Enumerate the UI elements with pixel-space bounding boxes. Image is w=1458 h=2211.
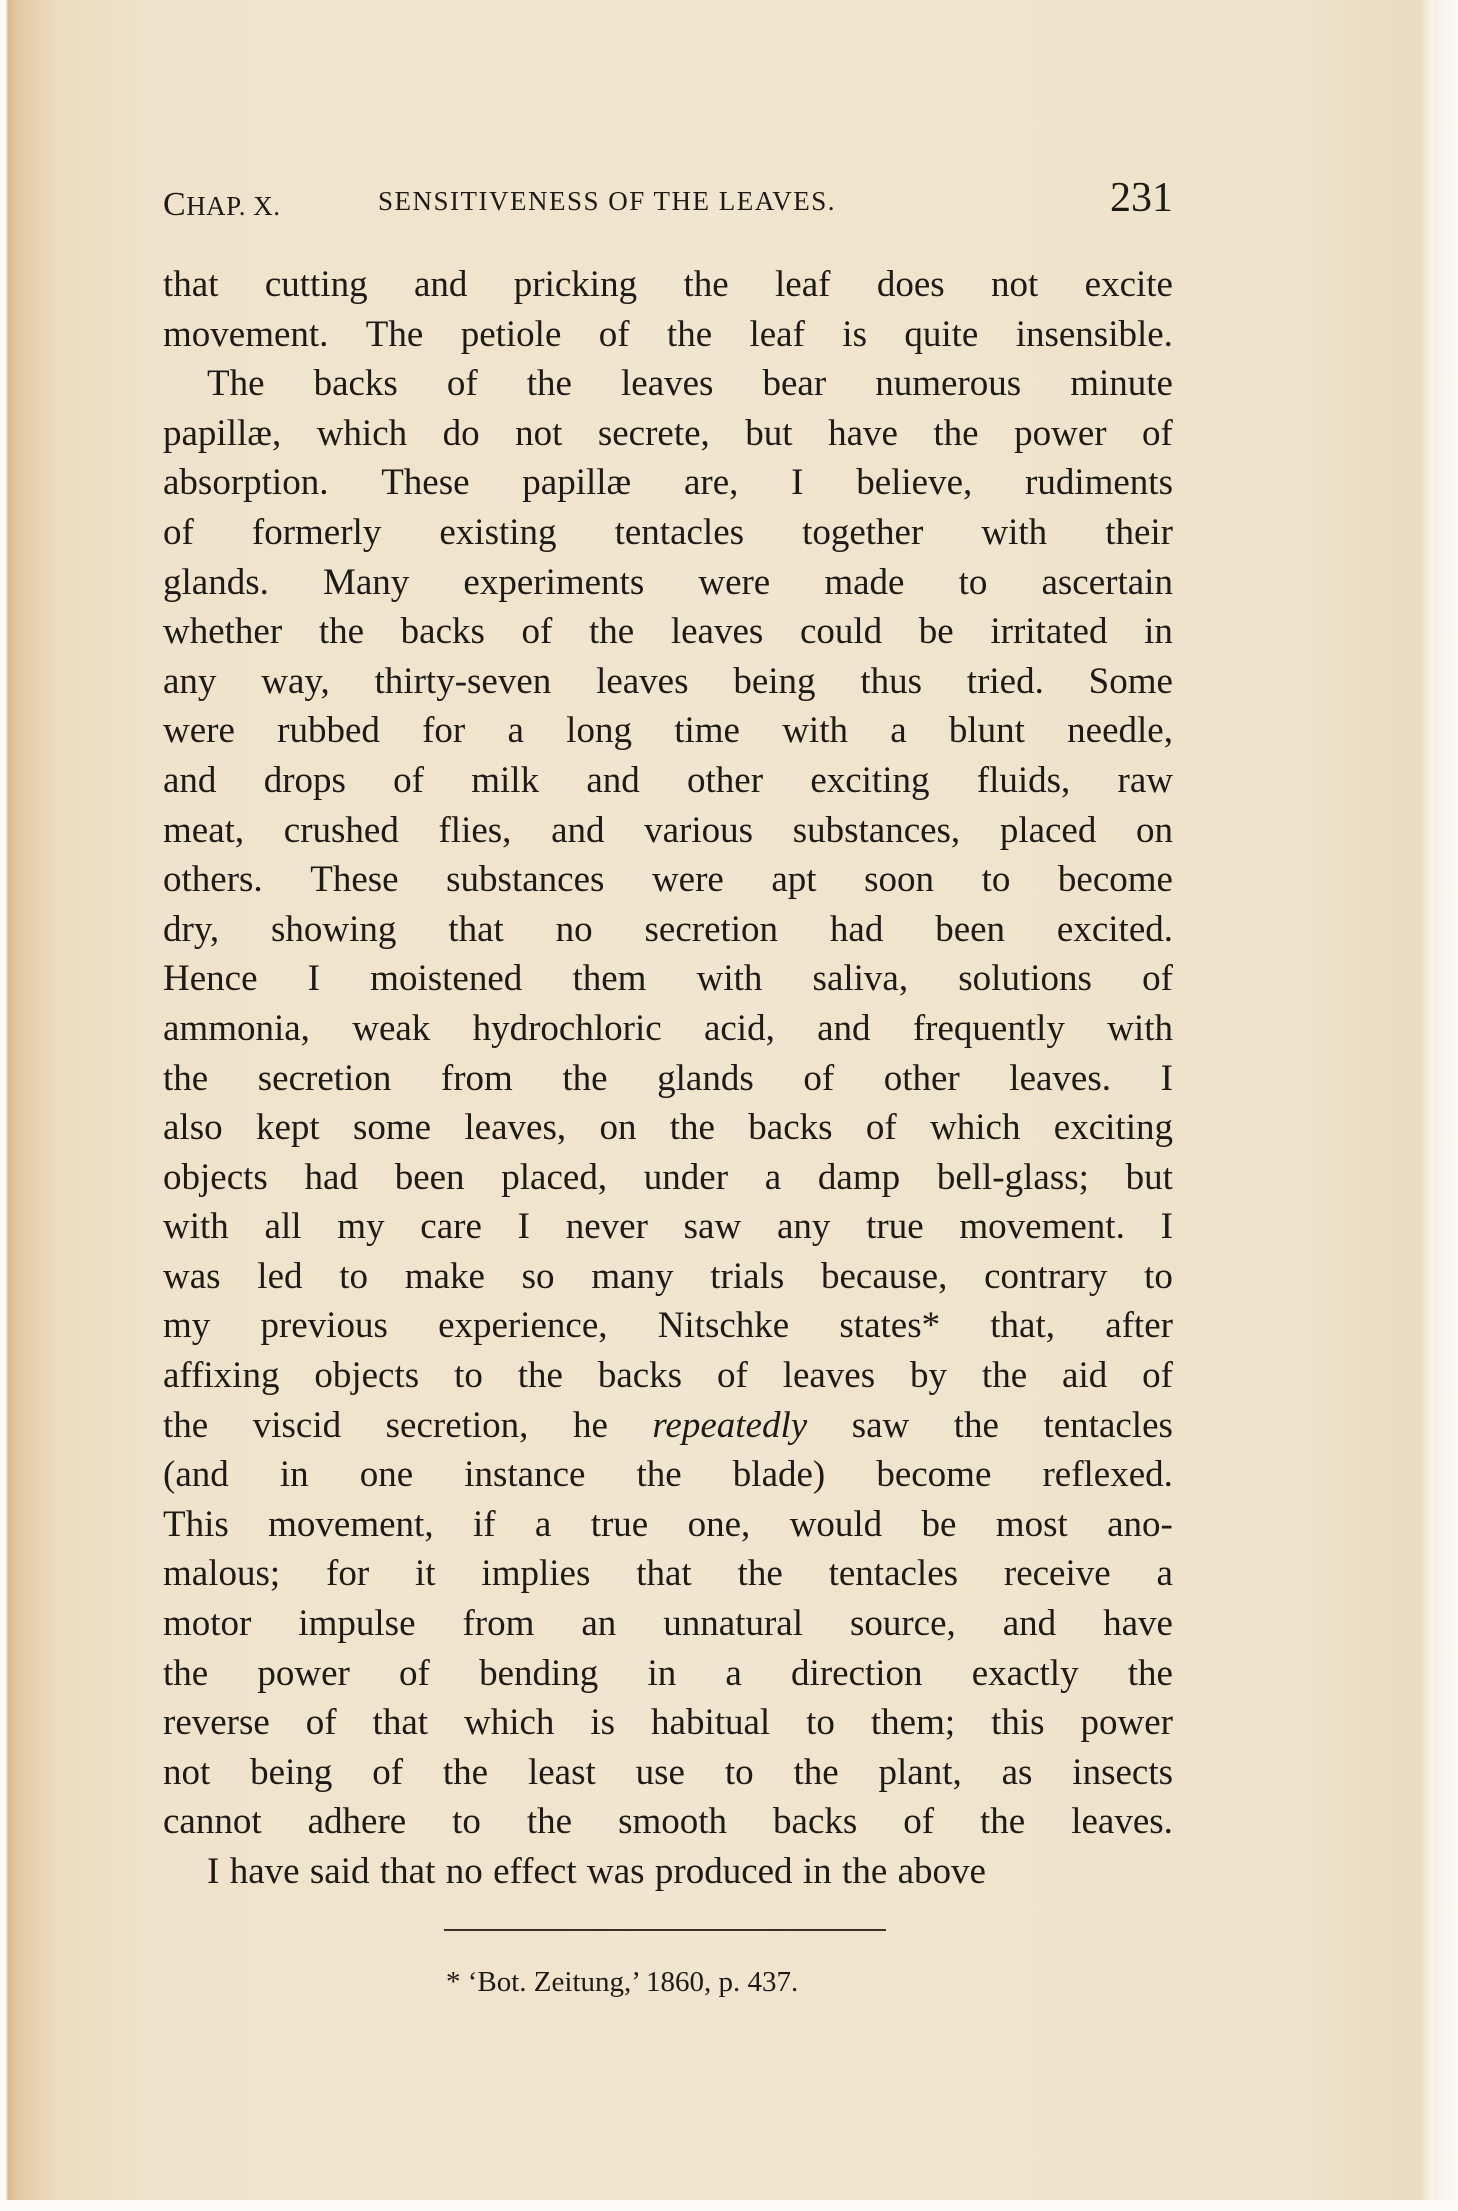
word: my — [163, 1301, 210, 1351]
word: reflexed. — [1042, 1450, 1172, 1500]
text-line: withallmycareIneversawanytruemovement.I — [163, 1202, 1173, 1252]
chapter-label: CHAP. X. — [163, 186, 280, 224]
word: produced — [655, 1847, 793, 1897]
word: receive — [1004, 1549, 1111, 1599]
word: so — [522, 1252, 555, 1302]
word: I — [207, 1847, 219, 1897]
word: never — [566, 1202, 648, 1252]
text-line: theviscidsecretion,herepeatedlysawtheten… — [163, 1401, 1173, 1451]
word: malous; — [163, 1549, 280, 1599]
word: with — [1107, 1004, 1173, 1054]
word: leaf — [749, 310, 804, 360]
word: (and — [163, 1450, 229, 1500]
word: least — [528, 1748, 596, 1798]
word: substances, — [793, 806, 961, 856]
word: and — [817, 1004, 870, 1054]
text-line: glands.Manyexperimentsweremadetoascertai… — [163, 558, 1173, 608]
word: other — [884, 1054, 960, 1104]
word: acid, — [704, 1004, 775, 1054]
word: raw — [1118, 756, 1173, 806]
word: an — [581, 1599, 616, 1649]
word: that — [380, 1847, 435, 1897]
text-line: others.Thesesubstanceswereaptsoontobecom… — [163, 855, 1173, 905]
word: I — [1161, 1054, 1173, 1104]
word: the — [163, 1649, 208, 1699]
word: various — [644, 806, 753, 856]
word: make — [405, 1252, 485, 1302]
text-line: anddropsofmilkandotherexcitingfluids,raw — [163, 756, 1173, 806]
word: ammonia, — [163, 1004, 310, 1054]
word: kept — [256, 1103, 320, 1153]
word: the — [443, 1748, 488, 1798]
word: to — [959, 558, 988, 608]
word: in — [647, 1649, 676, 1699]
word: and — [586, 756, 639, 806]
word: secrete, — [598, 409, 710, 459]
word: that, — [990, 1301, 1055, 1351]
running-title: SENSITIVENESS OF THE LEAVES. — [378, 186, 836, 217]
text-line: notbeingoftheleastusetotheplant,asinsect… — [163, 1748, 1173, 1798]
word: soon — [864, 855, 934, 905]
word: together — [802, 508, 923, 558]
word: the — [842, 1847, 887, 1897]
text-line: mypreviousexperience,Nitschkestates*that… — [163, 1301, 1173, 1351]
word: the — [793, 1748, 838, 1798]
word: in — [280, 1450, 309, 1500]
word: adhere — [308, 1797, 407, 1847]
word: a — [890, 706, 906, 756]
word: previous — [260, 1301, 387, 1351]
word: unnatural — [663, 1599, 803, 1649]
word: cutting — [265, 260, 368, 310]
word: placed, — [501, 1153, 607, 1203]
word: the — [637, 1450, 682, 1500]
word: leaves — [671, 607, 763, 657]
word: objects — [163, 1153, 268, 1203]
word: because, — [821, 1252, 947, 1302]
body-text: thatcuttingandprickingtheleafdoesnotexci… — [163, 260, 1173, 1897]
word: to — [452, 1797, 481, 1847]
word: also — [163, 1103, 223, 1153]
word: with — [697, 954, 763, 1004]
word: to — [725, 1748, 754, 1798]
word: many — [591, 1252, 673, 1302]
word: backs — [773, 1797, 857, 1847]
word: rubbed — [277, 706, 380, 756]
word: irritated — [990, 607, 1107, 657]
word: secretion — [645, 905, 779, 955]
word: direction — [791, 1649, 923, 1699]
word: excite — [1085, 260, 1173, 310]
word: experience, — [438, 1301, 607, 1351]
word: ascertain — [1041, 558, 1172, 608]
word: papillæ — [522, 458, 631, 508]
text-line: Thismovement,ifatrueone,wouldbemostano- — [163, 1500, 1173, 1550]
scan-bottom-edge — [0, 2200, 1458, 2211]
word: of — [1142, 409, 1173, 459]
text-line: cannotadheretothesmoothbacksoftheleaves. — [163, 1797, 1173, 1847]
word: tentacles — [1043, 1401, 1172, 1451]
word: crushed — [284, 806, 399, 856]
word: being — [250, 1748, 332, 1798]
word: to — [339, 1252, 368, 1302]
word: all — [265, 1202, 302, 1252]
word: one — [360, 1450, 413, 1500]
word: could — [800, 607, 882, 657]
word: of — [393, 756, 424, 806]
word: hydrochloric — [473, 1004, 662, 1054]
text-line: offormerlyexistingtentaclestogetherwitht… — [163, 508, 1173, 558]
text-line: thesecretionfromtheglandsofotherleaves.I — [163, 1054, 1173, 1104]
word: leaves. — [1009, 1054, 1111, 1104]
word: exciting — [810, 756, 929, 806]
word: was — [587, 1847, 645, 1897]
text-line: motorimpulsefromanunnaturalsource,andhav… — [163, 1599, 1173, 1649]
word: said — [310, 1847, 370, 1897]
word: the — [319, 607, 364, 657]
word: Nitschke — [658, 1301, 790, 1351]
word: states* — [839, 1301, 940, 1351]
word: but — [745, 409, 792, 459]
word: long — [566, 706, 632, 756]
word: been — [395, 1153, 465, 1203]
word: have — [230, 1847, 300, 1897]
word: movement. — [959, 1202, 1124, 1252]
text-line: (andinoneinstancetheblade)becomereflexed… — [163, 1450, 1173, 1500]
word: saw — [684, 1202, 742, 1252]
word: any — [163, 657, 216, 707]
word: them — [572, 954, 646, 1004]
word: secretion — [258, 1054, 392, 1104]
word: whether — [163, 607, 282, 657]
word: my — [337, 1202, 384, 1252]
word: from — [462, 1599, 534, 1649]
word: true — [591, 1500, 649, 1550]
word: is — [590, 1698, 615, 1748]
word: it — [415, 1549, 436, 1599]
word: I — [791, 458, 803, 508]
word: the — [667, 310, 712, 360]
scanned-book-page: CHAP. X. SENSITIVENESS OF THE LEAVES. 23… — [0, 0, 1458, 2211]
word: as — [1002, 1748, 1033, 1798]
word: for — [326, 1549, 369, 1599]
word: backs — [314, 359, 398, 409]
word: to — [982, 855, 1011, 905]
word: of — [399, 1649, 430, 1699]
word: Many — [323, 558, 409, 608]
word: insects — [1072, 1748, 1173, 1798]
word: meat, — [163, 806, 244, 856]
word: leaves — [621, 359, 713, 409]
word: was — [163, 1252, 221, 1302]
word: The — [207, 359, 265, 409]
word: and — [163, 756, 216, 806]
word: plant, — [879, 1748, 962, 1798]
word: a — [725, 1649, 741, 1699]
word: dry, — [163, 905, 219, 955]
word: of — [163, 508, 194, 558]
word: which — [930, 1103, 1020, 1153]
text-line: HenceImoistenedthemwithsaliva,solutionso… — [163, 954, 1173, 1004]
word: of — [866, 1103, 897, 1153]
word: he — [573, 1401, 608, 1451]
word: secretion, — [386, 1401, 529, 1451]
word: leaves — [596, 657, 688, 707]
word: fluids, — [977, 756, 1071, 806]
word: impulse — [298, 1599, 415, 1649]
word: exciting — [1054, 1103, 1173, 1153]
word: instance — [464, 1450, 585, 1500]
word: power — [1014, 409, 1106, 459]
word: glands. — [163, 558, 269, 608]
chapter-label-initial: C — [163, 186, 186, 223]
word: not — [991, 260, 1038, 310]
text-line: anyway,thirty-sevenleavesbeingthustried.… — [163, 657, 1173, 707]
word: in — [803, 1847, 832, 1897]
word: saliva, — [813, 954, 909, 1004]
word: time — [674, 706, 740, 756]
word: damp — [818, 1153, 900, 1203]
word: use — [636, 1748, 685, 1798]
word: were — [163, 706, 235, 756]
word: from — [441, 1054, 513, 1104]
text-line: alsokeptsomeleaves,onthebacksofwhichexci… — [163, 1103, 1173, 1153]
word: leaf — [775, 260, 830, 310]
word: needle, — [1067, 706, 1173, 756]
word: been — [935, 905, 1005, 955]
word: objects — [314, 1351, 419, 1401]
word: believe, — [856, 458, 972, 508]
word: to — [1144, 1252, 1173, 1302]
word: true — [866, 1202, 924, 1252]
word: bending — [479, 1649, 598, 1699]
word: thus — [860, 657, 922, 707]
word: under — [644, 1153, 728, 1203]
word: rudiments — [1025, 458, 1173, 508]
word: have — [828, 409, 898, 459]
text-line: objectshadbeenplaced,underadampbell-glas… — [163, 1153, 1173, 1203]
word: on — [599, 1103, 636, 1153]
page-header: CHAP. X. SENSITIVENESS OF THE LEAVES. 23… — [163, 172, 1173, 222]
word: of — [717, 1351, 748, 1401]
word: glands — [657, 1054, 754, 1104]
page-number: 231 — [1110, 174, 1173, 222]
word: become — [1058, 855, 1173, 905]
word: insensible. — [1016, 310, 1173, 360]
word: a — [508, 706, 524, 756]
word: placed — [1000, 806, 1097, 856]
word: numerous — [875, 359, 1021, 409]
text-line: thatcuttingandprickingtheleafdoesnotexci… — [163, 260, 1173, 310]
word: of — [803, 1054, 834, 1104]
word: existing — [439, 508, 556, 558]
word: backs — [401, 607, 485, 657]
word: have — [1103, 1599, 1173, 1649]
word: the — [163, 1054, 208, 1104]
word: bear — [763, 359, 827, 409]
word: no — [446, 1847, 483, 1897]
word: and — [551, 806, 604, 856]
word: leaves, — [464, 1103, 566, 1153]
word: with — [782, 706, 848, 756]
word: repeatedly — [652, 1401, 807, 1451]
word: milk — [471, 756, 539, 806]
word: is — [842, 310, 867, 360]
text-line: meat,crushedflies,andvarioussubstances,p… — [163, 806, 1173, 856]
word: saw — [852, 1401, 910, 1451]
word: the — [518, 1351, 563, 1401]
word: in — [1144, 607, 1173, 657]
word: These — [381, 458, 469, 508]
word: blunt — [949, 706, 1025, 756]
word: does — [877, 260, 945, 310]
word: formerly — [252, 508, 381, 558]
word: them; — [871, 1698, 955, 1748]
word: the — [933, 409, 978, 459]
word: Some — [1089, 657, 1173, 707]
word: Hence — [163, 954, 258, 1004]
text-line: Ihavesaidthatnoeffectwasproducedintheabo… — [163, 1847, 1173, 1897]
word: be — [922, 1500, 957, 1550]
word: one, — [688, 1500, 751, 1550]
word: I — [518, 1202, 530, 1252]
word: habitual — [651, 1698, 770, 1748]
word: made — [824, 558, 904, 608]
word: of — [522, 607, 553, 657]
word: and — [1003, 1599, 1056, 1649]
word: of — [447, 359, 478, 409]
word: leaves — [783, 1351, 875, 1401]
word: no — [556, 905, 593, 955]
word: care — [420, 1202, 482, 1252]
word: moistened — [370, 954, 522, 1004]
word: weak — [352, 1004, 430, 1054]
word: the — [982, 1351, 1027, 1401]
word: minute — [1070, 359, 1173, 409]
word: if — [473, 1500, 496, 1550]
word: petiole — [461, 310, 562, 360]
word: a — [535, 1500, 551, 1550]
word: contrary — [984, 1252, 1107, 1302]
word: exactly — [972, 1649, 1079, 1699]
word: viscid — [253, 1401, 341, 1451]
word: quite — [904, 310, 978, 360]
word: that — [373, 1698, 428, 1748]
word: tentacles — [829, 1549, 958, 1599]
word: backs — [748, 1103, 832, 1153]
word: being — [733, 657, 815, 707]
word: leaves. — [1071, 1797, 1173, 1847]
word: on — [1136, 806, 1173, 856]
text-line: Thebacksoftheleavesbearnumerousminute — [163, 359, 1173, 409]
word: showing — [271, 905, 396, 955]
word: a — [1157, 1549, 1173, 1599]
word: some — [353, 1103, 431, 1153]
word: of — [306, 1698, 337, 1748]
word: do — [443, 409, 480, 459]
word: to — [806, 1698, 835, 1748]
word: not — [163, 1748, 210, 1798]
footnote: * ‘Bot. Zeitung,’ 1860, p. 437. — [446, 1966, 798, 1999]
word: the — [589, 607, 634, 657]
word: absorption. — [163, 458, 328, 508]
word: this — [991, 1698, 1044, 1748]
word: apt — [771, 855, 816, 905]
word: movement. — [163, 310, 328, 360]
word: which — [464, 1698, 554, 1748]
word: would — [790, 1500, 883, 1550]
word: and — [414, 260, 467, 310]
word: of — [599, 310, 630, 360]
word: tried. — [967, 657, 1044, 707]
word: ano- — [1107, 1500, 1173, 1550]
word: other — [687, 756, 763, 806]
word: that — [448, 905, 503, 955]
word: the — [527, 1797, 572, 1847]
text-line: wasledtomakesomanytrialsbecause,contrary… — [163, 1252, 1173, 1302]
word: be — [919, 607, 954, 657]
word: the — [527, 359, 572, 409]
word: aid — [1062, 1351, 1107, 1401]
word: frequently — [913, 1004, 1065, 1054]
word: tentacles — [615, 508, 744, 558]
word: are, — [684, 458, 738, 508]
word: substances — [446, 855, 604, 905]
word: blade) — [733, 1450, 825, 1500]
word: that — [636, 1549, 691, 1599]
word: flies, — [438, 806, 511, 856]
text-line: reverseofthatwhichishabitualtothem;thisp… — [163, 1698, 1173, 1748]
word: above — [898, 1847, 986, 1897]
word: way, — [261, 657, 330, 707]
word: trials — [710, 1252, 784, 1302]
text-line: wererubbedforalongtimewithabluntneedle, — [163, 706, 1173, 756]
word: of — [903, 1797, 934, 1847]
word: The — [366, 310, 424, 360]
word: affixing — [163, 1351, 279, 1401]
word: These — [310, 855, 398, 905]
word: bell-glass; — [937, 1153, 1089, 1203]
word: the — [683, 260, 728, 310]
text-line: thepowerofbendinginadirectionexactlythe — [163, 1649, 1173, 1699]
word: with — [163, 1202, 229, 1252]
word: pricking — [514, 260, 637, 310]
word: papillæ, — [163, 409, 281, 459]
word: but — [1126, 1153, 1173, 1203]
word: drops — [264, 756, 346, 806]
text-line: dry,showingthatnosecretionhadbeenexcited… — [163, 905, 1173, 955]
word: for — [422, 706, 465, 756]
word: cannot — [163, 1797, 262, 1847]
word: reverse — [163, 1698, 270, 1748]
word: excited. — [1057, 905, 1173, 955]
word: backs — [598, 1351, 682, 1401]
word: smooth — [618, 1797, 727, 1847]
word: I — [1161, 1202, 1173, 1252]
word: I — [308, 954, 320, 1004]
word: with — [981, 508, 1047, 558]
word: motor — [163, 1599, 251, 1649]
word: a — [765, 1153, 781, 1203]
word: of — [372, 1748, 403, 1798]
word: of — [1142, 954, 1173, 1004]
text-line: malous;foritimpliesthatthetentaclesrecei… — [163, 1549, 1173, 1599]
text-line: papillæ,whichdonotsecrete,buthavethepowe… — [163, 409, 1173, 459]
word: become — [876, 1450, 991, 1500]
word: solutions — [958, 954, 1092, 1004]
word: power — [257, 1649, 349, 1699]
word: that — [163, 260, 218, 310]
